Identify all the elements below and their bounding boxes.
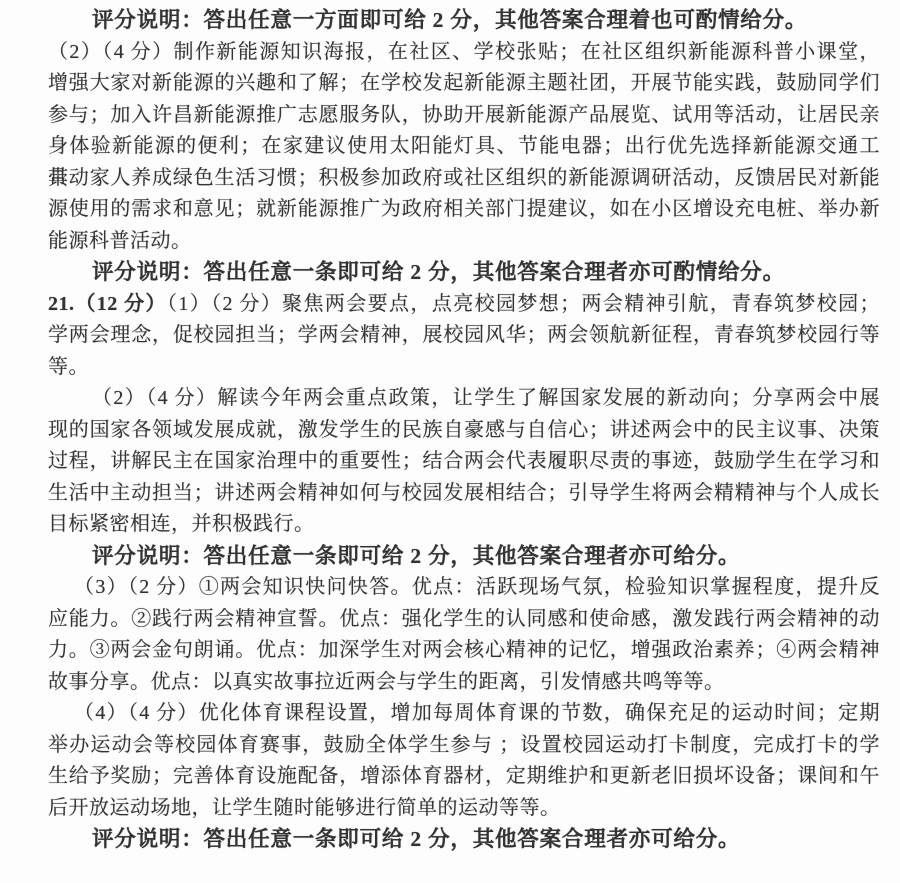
answer-line: 参与；加入许昌新能源推广志愿服务队，协助开展新能源产品展览、试用等活动，让居民亲 xyxy=(48,100,880,132)
scoring-note: 评分说明：答出任意一方面即可给 2 分，其他答案合理着也可酌情给分。 xyxy=(92,5,880,37)
scoring-note: 评分说明：答出任意一条即可给 2 分，其他答案合理者亦可给分。 xyxy=(92,541,880,573)
answer-line: （3）（2 分）①两会知识快问快答。优点：活跃现场气氛，检验知识掌握程度，提升反 xyxy=(74,572,880,604)
answer-line: 现的国家各领域发展成就，激发学生的民族自豪感与自信心；讲述两会中的民主议事、决策 xyxy=(48,415,880,447)
answer-line: 21.（12 分）（1）（2 分）聚焦两会要点，点亮校园梦想；两会精神引航，青春… xyxy=(48,289,880,321)
question-21-number: 21.（12 分） xyxy=(48,293,167,315)
answer-line: 故事分享。优点：以真实故事拉近两会与学生的距离，引发情感共鸣等等。 xyxy=(48,667,880,699)
answer-line: （4）（4 分）优化体育课程设置，增加每周体育课的节数，确保充足的运动时间；定期 xyxy=(74,698,880,730)
answer-line: 目标紧密相连，并积极践行。 xyxy=(48,509,880,541)
answer-text: （1）（2 分）聚焦两会要点，点亮校园梦想；两会精神引航，青春筑梦校园； xyxy=(167,293,880,315)
answer-line: 源使用的需求和意见；就新能源推广为政府相关部门提建议，如在小区增设充电桩、举办新 xyxy=(48,194,880,226)
answer-line: 生活中主动担当；讲述两会精神如何与校园发展相结合；引导学生将两会精精神与个人成长 xyxy=(48,478,880,510)
scoring-note: 评分说明：答出任意一条即可给 2 分，其他答案合理者亦可给分。 xyxy=(92,824,880,856)
answer-line: 增强大家对新能源的兴趣和了解；在学校发起新能源主题社团，开展节能实践，鼓励同学们 xyxy=(48,68,880,100)
answer-line: 生给予奖励；完善体育设施配备，增添体育器材，定期维护和更新老旧损坏设备；课间和午 xyxy=(48,761,880,793)
answer-line: 后开放运动场地，让学生随时能够进行简单的运动等等。 xyxy=(48,793,880,825)
answer-line: （2）（4 分）解读今年两会重点政策，让学生了解国家发展的新动向；分享两会中展 xyxy=(92,383,880,415)
answer-line: 力。③两会金句朗诵。优点：加深学生对两会核心精神的记忆，增强政治素养；④两会精神 xyxy=(48,635,880,667)
answer-line: 学两会理念，促校园担当；学两会精神，展校园风华；两会领航新征程，青春筑梦校园行等 xyxy=(48,320,880,352)
document-page: 评分说明：答出任意一方面即可给 2 分，其他答案合理着也可酌情给分。 （2）（4… xyxy=(0,0,900,883)
answer-line: 等。 xyxy=(48,352,880,384)
answer-line: 带动家人养成绿色生活习惯；积极参加政府或社区组织的新能源调研活动，反馈居民对新能 xyxy=(48,163,880,195)
answer-line: 能源科普活动。 xyxy=(48,226,880,258)
answer-line: （2）（4 分）制作新能源知识海报，在社区、学校张贴；在社区组织新能源科普小课堂… xyxy=(48,37,880,69)
answer-line: 过程，讲解民主在国家治理中的重要性；结合两会代表履职尽责的事迹，鼓励学生在学习和 xyxy=(48,446,880,478)
answer-line: 身体验新能源的便利；在家建议使用太阳能灯具、节能电器；出行优先选择新能源交通工具… xyxy=(48,131,880,163)
answer-line: 举办运动会等校园体育赛事，鼓励全体学生参与 ；设置校园运动打卡制度，完成打卡的学 xyxy=(48,730,880,762)
scoring-note: 评分说明：答出任意一条即可给 2 分，其他答案合理者亦可酌情给分。 xyxy=(92,257,880,289)
answer-line: 应能力。②践行两会精神宣誓。优点：强化学生的认同感和使命感，激发践行两会精神的动 xyxy=(48,604,880,636)
